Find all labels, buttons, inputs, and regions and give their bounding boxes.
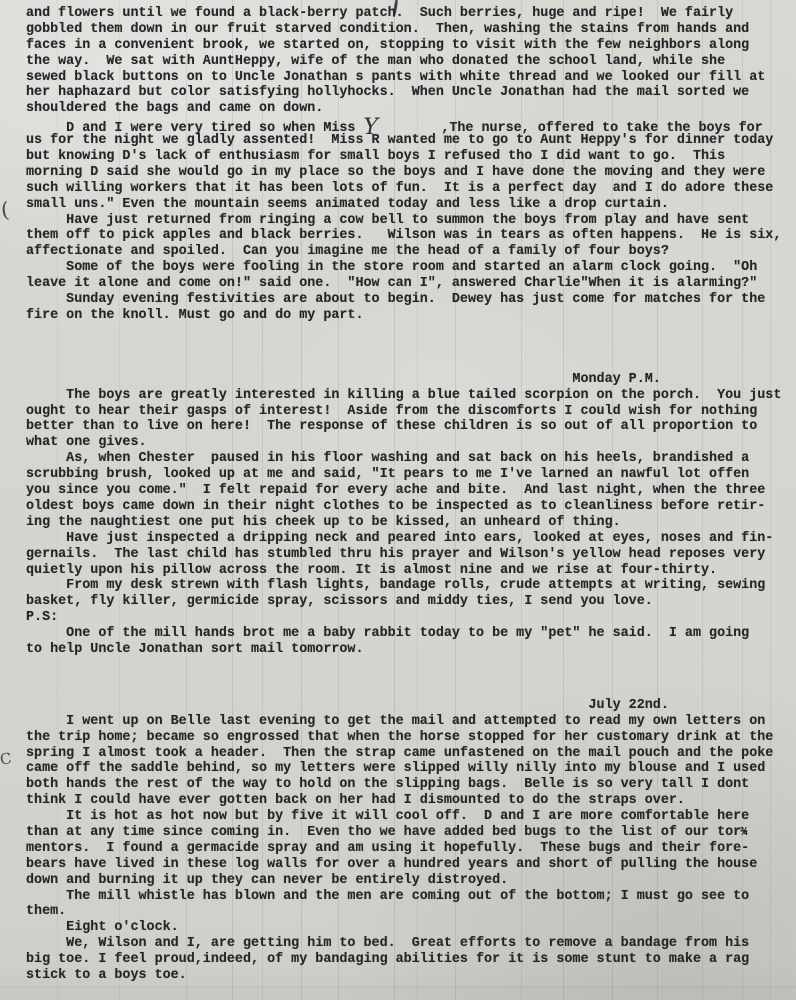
- typed-line: We, Wilson and I, are getting him to bed…: [26, 936, 796, 952]
- typed-line: her haphazard but color satisfying holly…: [26, 85, 796, 101]
- typed-line: basket, fly killer, germicide spray, sci…: [26, 594, 796, 610]
- typed-line: the trip home; became so engrossed that …: [26, 730, 796, 746]
- letter-body: and flowers until we found a black-berry…: [0, 0, 796, 984]
- typed-line: what one gives.: [26, 435, 796, 451]
- typed-line: ing the naughtiest one put his cheek up …: [26, 515, 796, 531]
- paragraph: Have just inspected a dripping neck and …: [26, 531, 796, 579]
- paragraph: It is hot as hot now but by five it will…: [26, 809, 796, 888]
- typed-line: faces in a convenient brook, we started …: [26, 38, 796, 54]
- typed-line: than at any time since coming in. Even t…: [26, 825, 796, 841]
- section-monday-pm: Monday P.M. The boys are greatly interes…: [26, 372, 796, 658]
- section-july-21-continuation: and flowers until we found a black-berry…: [26, 6, 796, 324]
- typed-line: both hands the rest of the way to hold o…: [26, 777, 796, 793]
- typed-line: From my desk strewn with flash lights, b…: [26, 578, 796, 594]
- paragraph: D and I were very tired so when Miss Y ,…: [26, 117, 796, 212]
- paragraph: We, Wilson and I, are getting him to bed…: [26, 936, 796, 984]
- typed-line: the way. We sat with AuntHeppy, wife of …: [26, 54, 796, 70]
- paragraph: The boys are greatly interested in killi…: [26, 388, 796, 452]
- typed-line: but knowing D's lack of enthusiasm for s…: [26, 149, 796, 165]
- typed-line: It is hot as hot now but by five it will…: [26, 809, 796, 825]
- typed-line: small uns." Even the mountain seems anim…: [26, 197, 796, 213]
- typed-line: down and burning it up they can never be…: [26, 873, 796, 889]
- typed-line: better than to live on here! The respons…: [26, 419, 796, 435]
- letter-page: ( C and flowers until we found a black-b…: [0, 0, 796, 1000]
- typed-line: Eight o'clock.: [26, 920, 796, 936]
- typed-line: such willing workers that it has been lo…: [26, 181, 796, 197]
- typed-line: The boys are greatly interested in killi…: [26, 388, 796, 404]
- typed-line: morning D said she would go in my place …: [26, 165, 796, 181]
- typed-line: spring I almost took a header. Then the …: [26, 746, 796, 762]
- typed-line: them.: [26, 904, 796, 920]
- typed-line: fire on the knoll. Must go and do my par…: [26, 308, 796, 324]
- typed-line: think I could have ever gotten back on h…: [26, 793, 796, 809]
- typed-line: mentors. I found a germacide spray and a…: [26, 841, 796, 857]
- typed-line: to help Uncle Jonathan sort mail tomorro…: [26, 642, 796, 658]
- typed-line: ought to hear their gasps of interest! A…: [26, 404, 796, 420]
- section-heading-july-22: July 22nd.: [26, 698, 796, 714]
- typed-line: Have just returned from ringing a cow be…: [26, 213, 796, 229]
- typed-line: As, when Chester paused in his floor was…: [26, 451, 796, 467]
- section-heading-monday-pm: Monday P.M.: [26, 372, 796, 388]
- typed-line: and flowers until we found a black-berry…: [26, 6, 796, 22]
- typed-line: you since you come." I felt repaid for e…: [26, 483, 796, 499]
- typed-line: Some of the boys were fooling in the sto…: [26, 260, 796, 276]
- typed-line: gobbled them down in our fruit starved c…: [26, 22, 796, 38]
- typed-line: bears have lived in these log walls for …: [26, 857, 796, 873]
- paragraph: One of the mill hands brot me a baby rab…: [26, 626, 796, 658]
- typed-line: scrubbing brush, looked up at me and sai…: [26, 467, 796, 483]
- typed-line: I went up on Belle last evening to get t…: [26, 714, 796, 730]
- typed-line: affectionate and spoiled. Can you imagin…: [26, 244, 796, 260]
- paragraph: The mill whistle has blown and the men a…: [26, 889, 796, 921]
- typed-line: D and I were very tired so when Miss Y ,…: [26, 117, 796, 133]
- typed-line: Sunday evening festivities are about to …: [26, 292, 796, 308]
- paragraph: Have just returned from ringing a cow be…: [26, 213, 796, 261]
- typed-line: came off the saddle behind, so my letter…: [26, 761, 796, 777]
- typed-line: stick to a boys toe.: [26, 968, 796, 984]
- paragraph: As, when Chester paused in his floor was…: [26, 451, 796, 530]
- typed-line: Have just inspected a dripping neck and …: [26, 531, 796, 547]
- typed-line: gernails. The last child has stumbled th…: [26, 547, 796, 563]
- paragraph: and flowers until we found a black-berry…: [26, 6, 796, 117]
- paragraph: Eight o'clock.: [26, 920, 796, 936]
- typed-line: leave it alone and come on!" said one. "…: [26, 276, 796, 292]
- paragraph: Some of the boys were fooling in the sto…: [26, 260, 796, 292]
- typed-line: quietly upon his pillow across the room.…: [26, 563, 796, 579]
- paragraph: Sunday evening festivities are about to …: [26, 292, 796, 324]
- typed-line: shouldered the bags and came on down.: [26, 101, 796, 117]
- typed-line: sewed black buttons on to Uncle Jonathan…: [26, 70, 796, 86]
- typed-line: big toe. I feel proud,indeed, of my band…: [26, 952, 796, 968]
- paragraph: I went up on Belle last evening to get t…: [26, 714, 796, 809]
- section-july-22: July 22nd. I went up on Belle last eveni…: [26, 698, 796, 984]
- typed-line: us for the night we gladly assented! Mis…: [26, 133, 796, 149]
- typed-line: One of the mill hands brot me a baby rab…: [26, 626, 796, 642]
- typed-line: oldest boys came down in their night clo…: [26, 499, 796, 515]
- typed-line: P.S:: [26, 610, 796, 626]
- typed-line: The mill whistle has blown and the men a…: [26, 889, 796, 905]
- paragraph: From my desk strewn with flash lights, b…: [26, 578, 796, 626]
- handwritten-character: Y: [364, 115, 378, 140]
- typed-line: them off to pick apples and black berrie…: [26, 228, 796, 244]
